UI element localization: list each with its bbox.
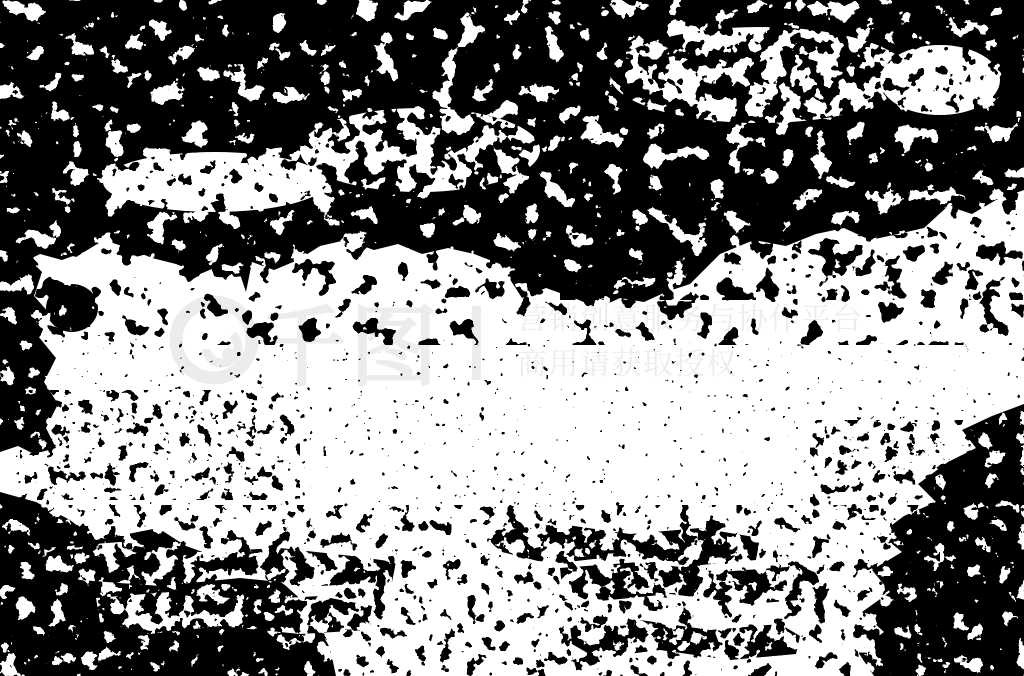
speckle-layer-bottom <box>30 505 940 676</box>
speckle-layer-right-fringe <box>810 420 1024 520</box>
texture-canvas: 千图 营销创意服务与协作平台 商用请获取授权 <box>0 0 1024 676</box>
grunge-texture-image: 千图 营销创意服务与协作平台 商用请获取授权 <box>0 0 1024 676</box>
white-pocket-top-right <box>880 45 1000 115</box>
speckle-layer-transition <box>0 235 1024 345</box>
white-pocket-center <box>300 108 540 192</box>
speckle-layer-left-cluster <box>20 390 300 500</box>
white-pocket-right <box>610 27 910 123</box>
white-pocket-left <box>103 152 327 212</box>
